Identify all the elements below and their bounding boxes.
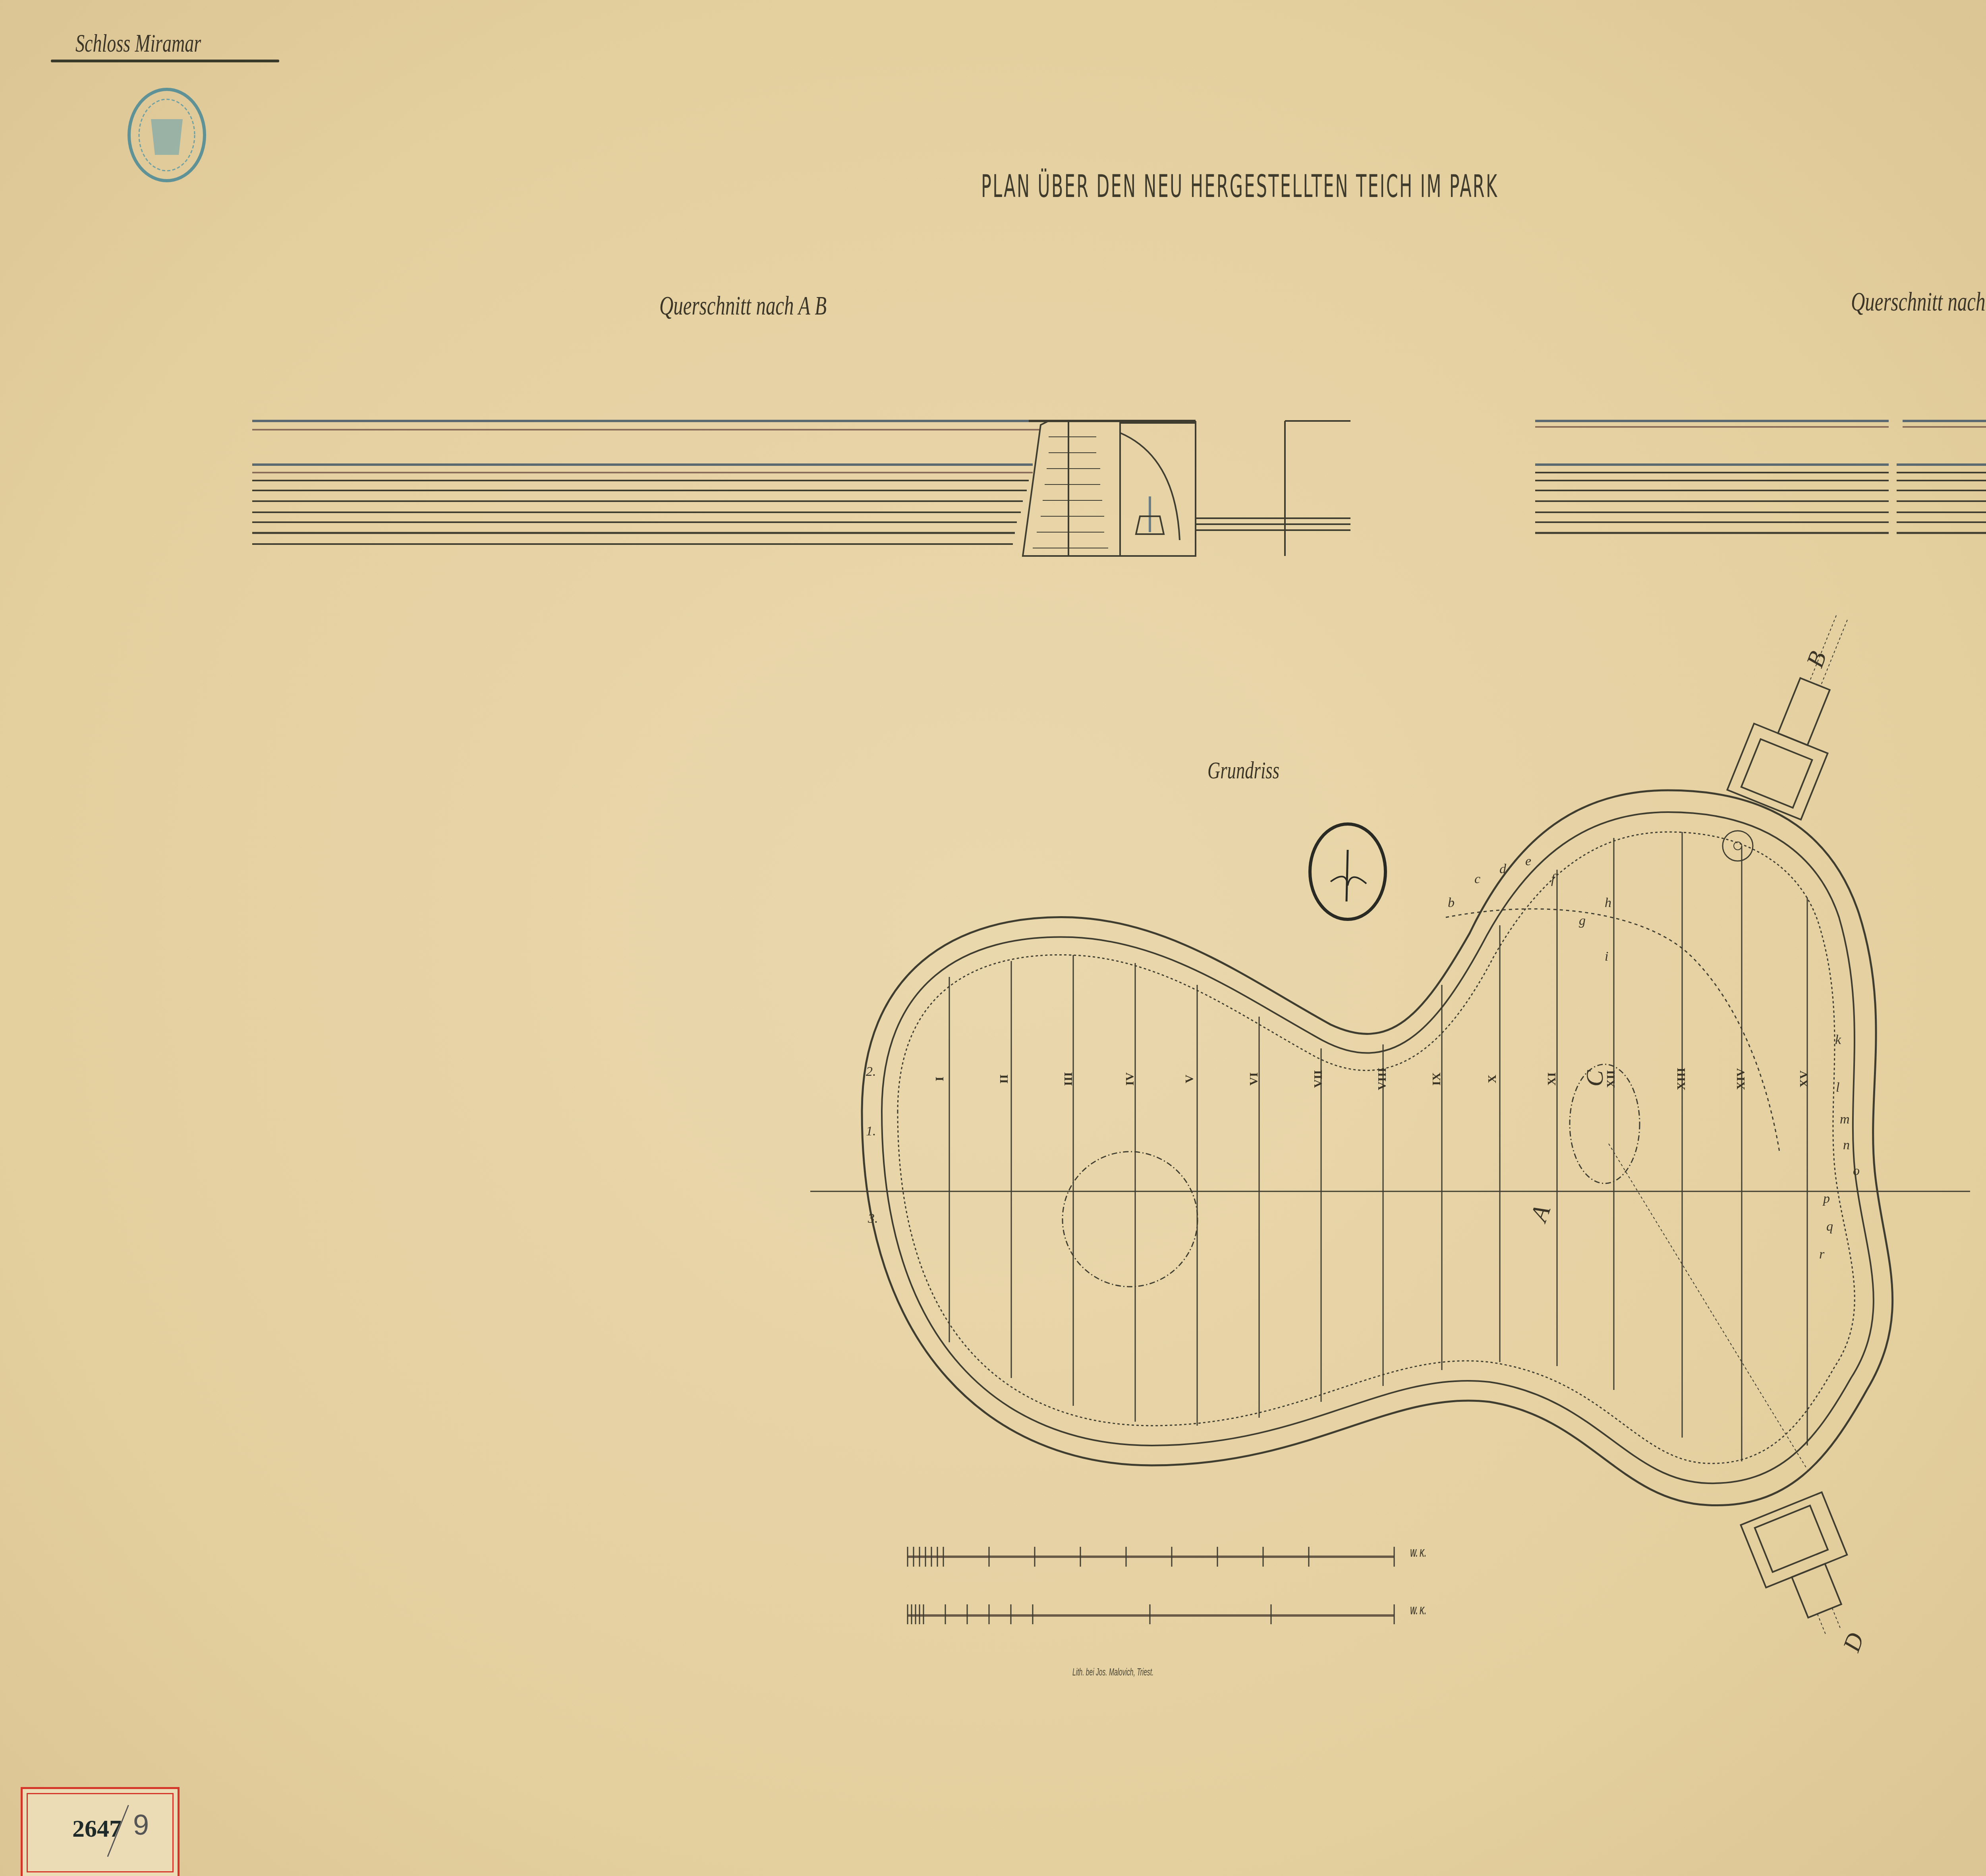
profile-label-4: IV [1123,1072,1137,1085]
edge-letter-i: i [1605,949,1608,964]
profile-label-2: II [997,1074,1011,1083]
edge-letter-p: p [1823,1191,1830,1206]
profile-label-10: X [1486,1075,1499,1083]
cross-section-cd [1535,419,1986,556]
technical-drawing [0,0,1986,1876]
edge-letter-g: g [1579,913,1586,928]
edge-letter-h: h [1605,896,1611,911]
scale-bars [908,1547,1394,1624]
edge-letter-l: l [1836,1080,1839,1095]
edge-letter-k: k [1835,1033,1841,1048]
edge-letter-e: e [1525,854,1531,869]
profile-label-13: XIII [1675,1068,1688,1090]
scale-1-unit: W. K. [1410,1547,1426,1559]
profile-label-14: XIV [1734,1068,1748,1090]
edge-letter-o: o [1853,1164,1860,1179]
profile-label-11: XI [1545,1072,1559,1085]
cross-section-ab [252,421,1350,556]
profile-label-6: VI [1247,1072,1261,1085]
lithographer-credit: Lith. bei Jos. Malovich, Triest. [1072,1666,1153,1678]
edge-letter-m: m [1840,1112,1850,1127]
scale-2-unit: W. K. [1410,1604,1426,1617]
profile-label-7: VII [1312,1070,1325,1088]
archive-subnumber: 9 [133,1809,149,1841]
imperial-seal-stamp [129,89,205,181]
edge-letter-f: f [1551,872,1555,887]
library-stamp [1310,824,1385,919]
zone-number-2: 2. [866,1064,876,1079]
archive-label: 2647 9 [21,1787,180,1876]
profile-label-8: VIII [1376,1068,1389,1090]
edge-letter-q: q [1826,1219,1833,1234]
profile-label-12: XII [1604,1070,1618,1088]
edge-letter-r: r [1819,1247,1824,1262]
profile-label-1: I [933,1077,947,1081]
profile-label-3: III [1062,1072,1075,1086]
pond-plan [810,602,1970,1650]
profile-label-15: XV [1797,1070,1811,1087]
edge-letter-n: n [1843,1138,1850,1153]
edge-letter-d: d [1499,862,1506,877]
edge-letter-c: c [1474,872,1480,887]
edge-letter-b: b [1448,896,1455,911]
profile-label-5: V [1183,1075,1196,1083]
profile-label-9: IX [1430,1072,1443,1085]
zone-number-1: 1. [866,1124,876,1139]
zone-number-3: 3. [868,1211,878,1226]
